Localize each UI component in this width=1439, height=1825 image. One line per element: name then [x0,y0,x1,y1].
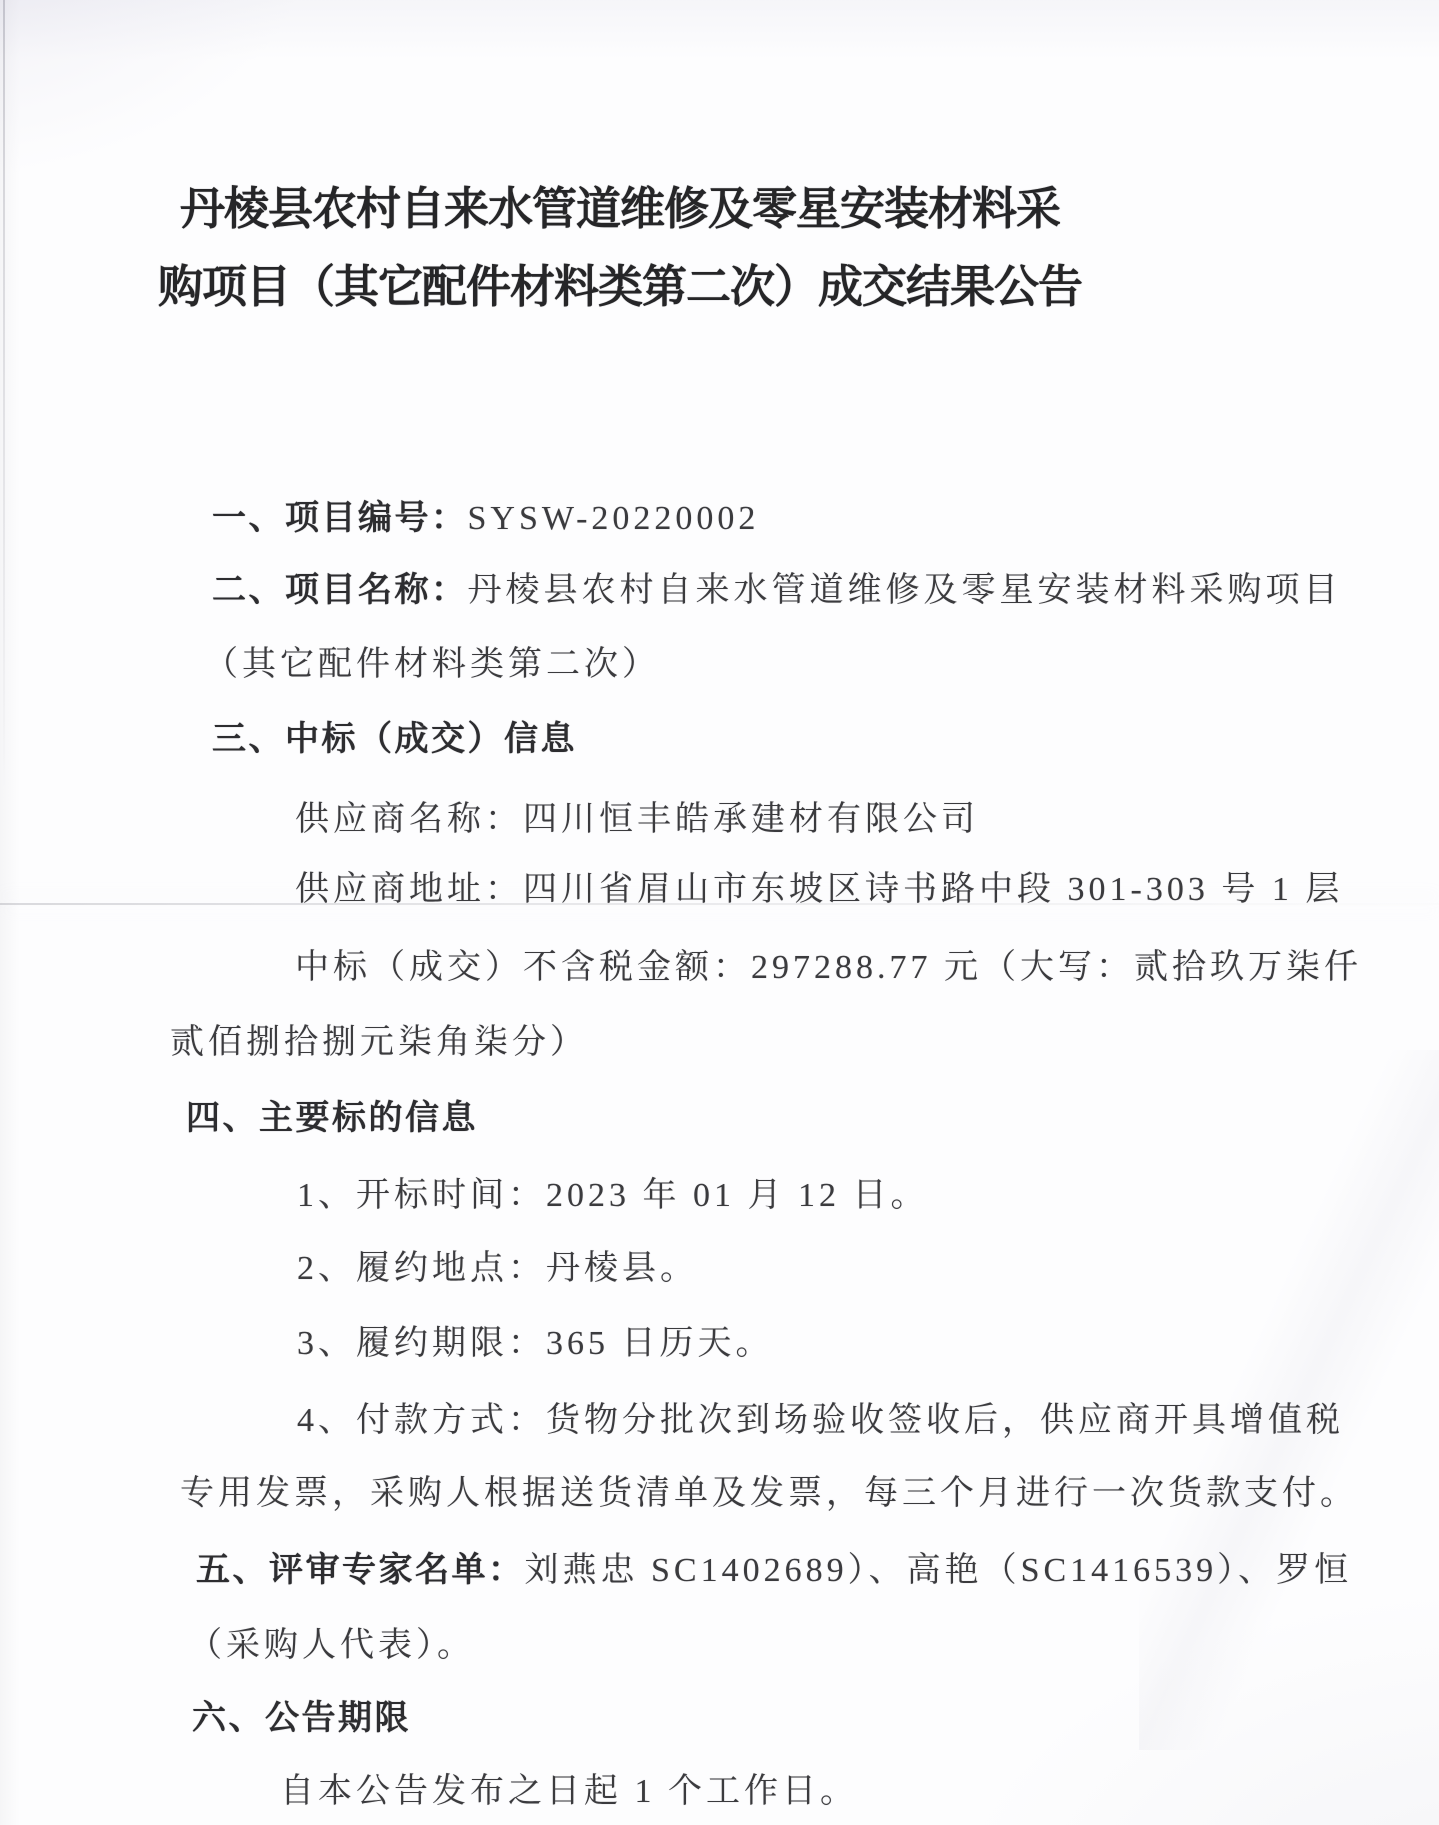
section2-value: 丹棱县农村自来水管道维修及零星安装材料采购项目 [468,572,1342,609]
announcement-period-line: 自本公告发布之日起 1 个工作日。 [280,1772,858,1812]
section4-heading: 四、主要标的信息 [186,1098,478,1138]
section6-heading: 六、公告期限 [192,1698,411,1738]
section2-label: 二、项目名称： [212,571,468,609]
section5-value: 刘燕忠 SC1402689）、高艳（SC1416539）、罗恒 [525,1552,1353,1589]
photo-left-edge-artifact [3,0,5,790]
photo-light-streak-artifact [1139,1050,1439,1750]
section2-project-name-line: 二、项目名称：丹棱县农村自来水管道维修及零星安装材料采购项目 [212,570,1342,611]
document-title-line1: 丹棱县农村自来水管道维修及零星安装材料采 [120,170,1120,248]
supplier-name-line: 供应商名称：四川恒丰皓承建材有限公司 [295,800,979,840]
section5-continuation-line: （采购人代表）。 [188,1626,475,1666]
payment-method-line1: 4、付款方式：货物分批次到场验收签收后，供应商开具增值税 [297,1401,1344,1441]
performance-place-line: 2、履约地点：丹棱县。 [297,1249,698,1289]
section2-continuation-line: （其它配件材料类第二次） [204,645,660,685]
section5-experts-line: 五、评审专家名单：刘燕忠 SC1402689）、高艳（SC1416539）、罗恒 [196,1550,1352,1591]
award-amount-line2: 贰佰捌拾捌元柒角柒分） [170,1023,588,1063]
section1-label: 一、项目编号： [212,499,468,537]
section1-value: SYSW-20220002 [468,500,760,537]
supplier-address-line: 供应商地址：四川省眉山市东坡区诗书路中段 301-303 号 1 层 [295,870,1343,910]
document-title-line2: 购项目（其它配件材料类第二次）成交结果公告 [120,248,1120,326]
section1-project-number-line: 一、项目编号：SYSW-20220002 [212,498,759,539]
payment-method-line2: 专用发票，采购人根据送货清单及发票，每三个月进行一次货款支付。 [180,1474,1358,1514]
section3-heading: 三、中标（成交）信息 [212,719,577,759]
document-title: 丹棱县农村自来水管道维修及零星安装材料采 购项目（其它配件材料类第二次）成交结果… [120,170,1120,326]
performance-period-line: 3、履约期限：365 日历天。 [297,1324,774,1364]
document-page: 丹棱县农村自来水管道维修及零星安装材料采 购项目（其它配件材料类第二次）成交结果… [0,0,1439,1825]
award-amount-line1: 中标（成交）不含税金额：297288.77 元（大写：贰拾玖万柒仟 [295,948,1362,988]
section5-label: 五、评审专家名单： [196,1551,525,1589]
bid-opening-time-line: 1、开标时间：2023 年 01 月 12 日。 [297,1176,929,1216]
